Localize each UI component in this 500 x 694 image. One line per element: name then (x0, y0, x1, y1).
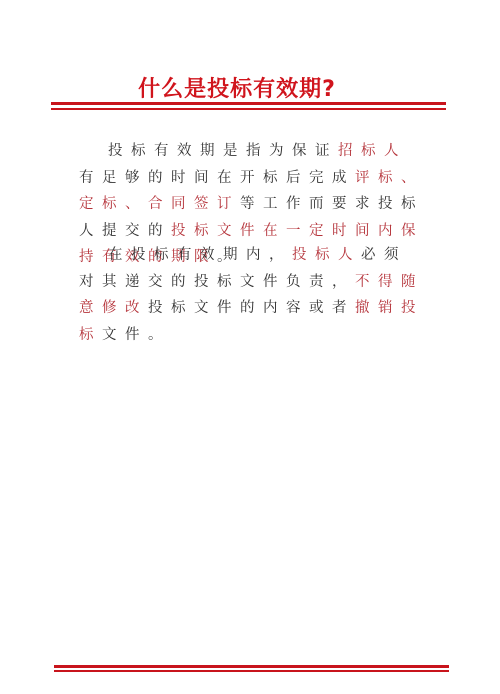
header-divider-thick (51, 102, 446, 105)
text-segment: 有足够的时间在开标后完成 (79, 170, 355, 186)
footer-divider-thin (54, 670, 449, 672)
footer-divider-thick (54, 665, 449, 668)
paragraph-obligations: 在投标有效期内，投标人必须对其递交的投标文件负责，不得随意修改投标文件的内容或者… (79, 242, 429, 348)
page-title: 什么是投标有效期? (0, 76, 474, 104)
text-segment: 文件。 (102, 327, 171, 343)
highlight-segment: 投标人 (292, 247, 361, 263)
text-segment: 投标有效期是指为保证 (108, 143, 338, 159)
header-divider-thin (51, 108, 446, 110)
text-segment: 投标文件的内容或者 (148, 300, 355, 316)
highlight-segment: 招标人 (338, 143, 407, 159)
text-segment: 在投标有效期内， (108, 247, 292, 263)
